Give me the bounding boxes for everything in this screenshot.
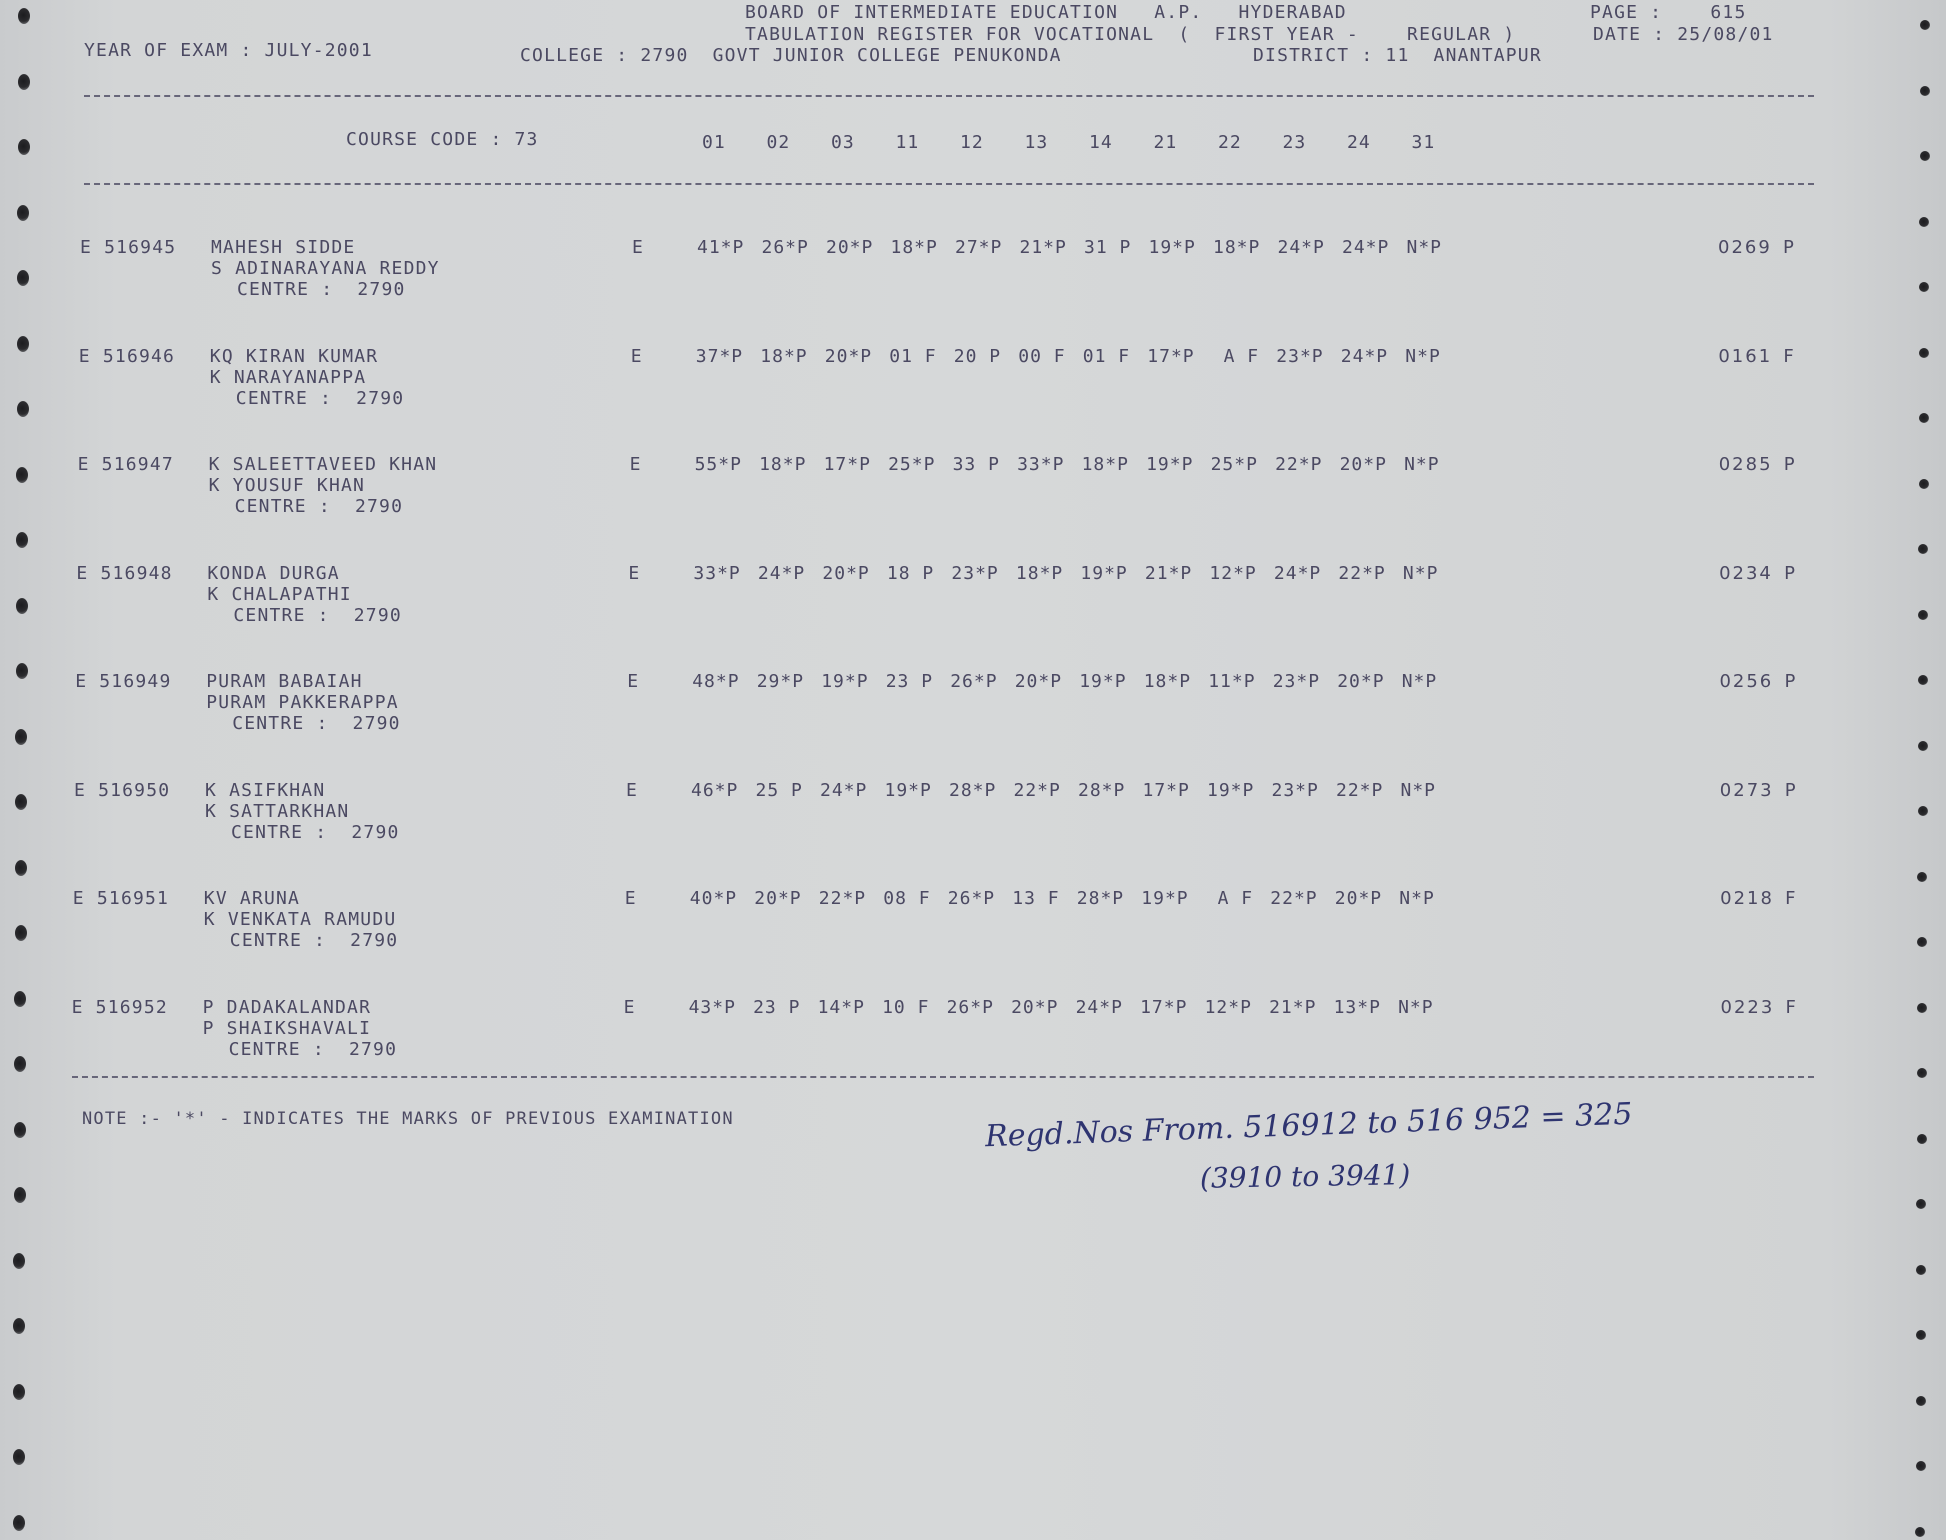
subject-mark: 17*P: [1143, 780, 1208, 801]
father-name: P SHAIKSHAVALI: [203, 1018, 372, 1039]
subject-mark: 23*P: [1273, 671, 1338, 692]
subject-mark: N*P: [1399, 888, 1464, 909]
subject-mark: 19*P: [1146, 454, 1211, 475]
student-record-row: E 516950K ASIFKHANK SATTARKHANCENTRE : 2…: [0, 780, 1946, 890]
registration-number: E 516950: [74, 780, 170, 801]
subject-mark: 24*P: [1278, 237, 1343, 258]
student-name: P DADAKALANDAR: [203, 997, 372, 1018]
subject-mark: 33*P: [1017, 454, 1082, 475]
feed-hole-icon: [1916, 1265, 1926, 1275]
total-marks: 0234: [1719, 563, 1773, 584]
subject-mark: 17*P: [1147, 346, 1212, 367]
subject-marks: 40*P20*P22*P08 F26*P13 F28*P19*P A F22*P…: [690, 888, 1464, 909]
total-marks: 0223: [1721, 997, 1775, 1018]
subject-code: 22: [1218, 132, 1283, 153]
student-record-row: E 516945MAHESH SIDDES ADINARAYANA REDDYC…: [0, 237, 1946, 347]
subject-code: 02: [767, 132, 832, 153]
subject-mark: 24*P: [1341, 346, 1406, 367]
subject-mark: 18 P: [887, 563, 952, 584]
subject-code: 13: [1025, 132, 1090, 153]
footnote: NOTE :- '*' - INDICATES THE MARKS OF PRE…: [82, 1109, 734, 1129]
subject-mark: 20*P: [1340, 454, 1405, 475]
father-name: K SATTARKHAN: [205, 801, 349, 822]
subject-mark: 24*P: [1076, 997, 1141, 1018]
subject-mark: 28*P: [949, 780, 1014, 801]
subject-mark: 48*P: [692, 671, 757, 692]
registration-number: E 516947: [78, 454, 174, 475]
total-marks: 0273: [1720, 780, 1774, 801]
medium: E: [626, 780, 638, 801]
medium: E: [628, 563, 640, 584]
tabulation-register-page: BOARD OF INTERMEDIATE EDUCATION A.P. HYD…: [0, 0, 1946, 1540]
feed-hole-icon: [13, 1515, 25, 1531]
student-record-row: E 516951KV ARUNAK VENKATA RAMUDUCENTRE :…: [0, 888, 1946, 998]
result-status: P: [1783, 237, 1796, 258]
subject-mark: 01 F: [1083, 346, 1148, 367]
feed-hole-icon: [1919, 217, 1929, 227]
subject-mark: 41*P: [697, 237, 762, 258]
subject-mark: A F: [1206, 888, 1271, 909]
subject-mark: 21*P: [1269, 997, 1334, 1018]
subject-mark: 18*P: [759, 454, 824, 475]
student-record-row: E 516949PURAM BABAIAHPURAM PAKKERAPPACEN…: [0, 671, 1946, 781]
subject-mark: 26*P: [948, 888, 1013, 909]
subject-mark: 26*P: [762, 237, 827, 258]
course-divider: [84, 183, 1814, 185]
subject-code: 01: [702, 132, 767, 153]
subject-code: 12: [960, 132, 1025, 153]
feed-hole-icon: [14, 1122, 26, 1138]
subject-mark: 20*P: [1337, 671, 1402, 692]
feed-hole-icon: [1920, 86, 1930, 96]
subject-marks: 55*P18*P17*P25*P33 P33*P18*P19*P25*P22*P…: [695, 454, 1469, 475]
subject-mark: 26*P: [947, 997, 1012, 1018]
subject-mark: 13*P: [1334, 997, 1399, 1018]
subject-mark: 18*P: [1016, 563, 1081, 584]
subject-mark: 13 F: [1012, 888, 1077, 909]
feed-hole-icon: [1916, 1461, 1926, 1471]
student-name: KONDA DURGA: [207, 563, 339, 584]
subject-mark: 17*P: [1140, 997, 1205, 1018]
subject-mark: 10 F: [882, 997, 947, 1018]
feed-hole-icon: [17, 205, 29, 221]
subject-marks: 48*P29*P19*P23 P26*P20*P19*P18*P11*P23*P…: [692, 671, 1466, 692]
subject-marks: 37*P18*P20*P01 F20 P00 F01 F17*P A F23*P…: [696, 346, 1470, 367]
centre-code: CENTRE : 2790: [235, 496, 404, 517]
total-marks: 0161: [1718, 346, 1772, 367]
feed-hole-icon: [13, 1318, 25, 1334]
registration-number: E 516951: [73, 888, 169, 909]
subject-mark: 14*P: [818, 997, 883, 1018]
student-name: KV ARUNA: [204, 888, 300, 909]
student-name: KQ KIRAN KUMAR: [210, 346, 379, 367]
feed-hole-icon: [1915, 1527, 1925, 1537]
subject-mark: 21*P: [1145, 563, 1210, 584]
subject-mark: 11*P: [1208, 671, 1273, 692]
student-record-row: E 516948KONDA DURGAK CHALAPATHICENTRE : …: [0, 563, 1946, 673]
centre-code: CENTRE : 2790: [231, 822, 400, 843]
subject-marks: 46*P25 P24*P19*P28*P22*P28*P17*P19*P23*P…: [691, 780, 1465, 801]
result-status: F: [1783, 346, 1795, 367]
feed-hole-icon: [13, 1253, 25, 1269]
registration-number: E 516949: [75, 671, 171, 692]
centre-code: CENTRE : 2790: [237, 279, 406, 300]
feed-hole-icon: [1920, 151, 1930, 161]
subject-mark: 19*P: [1207, 780, 1272, 801]
subject-mark: 20*P: [1015, 671, 1080, 692]
total-marks: 0256: [1719, 671, 1773, 692]
subject-mark: 21*P: [1020, 237, 1085, 258]
subject-mark: 20*P: [825, 346, 890, 367]
subject-mark: 23*P: [951, 563, 1016, 584]
feed-hole-icon: [1916, 1396, 1926, 1406]
result-status: P: [1784, 671, 1797, 692]
result-status: P: [1784, 563, 1797, 584]
centre-code: CENTRE : 2790: [233, 605, 402, 626]
subject-mark: 12*P: [1209, 563, 1274, 584]
father-name: K VENKATA RAMUDU: [204, 909, 397, 930]
father-name: K CHALAPATHI: [207, 584, 351, 605]
subject-mark: 25*P: [1211, 454, 1276, 475]
father-name: PURAM PAKKERAPPA: [206, 692, 399, 713]
subject-mark: 20 P: [954, 346, 1019, 367]
result-status: F: [1785, 888, 1797, 909]
feed-hole-icon: [13, 1384, 25, 1400]
subject-mark: 20*P: [1335, 888, 1400, 909]
subject-code: 14: [1089, 132, 1154, 153]
footer-divider: [72, 1076, 1814, 1078]
subject-mark: 28*P: [1077, 888, 1142, 909]
student-record-row: E 516947K SALEETTAVEED KHANK YOUSUF KHAN…: [0, 454, 1946, 564]
board-title: BOARD OF INTERMEDIATE EDUCATION A.P. HYD…: [745, 2, 1347, 23]
subject-mark: 22*P: [1275, 454, 1340, 475]
handwritten-serial-range: (3910 to 3941): [1200, 1158, 1411, 1195]
subject-marks: 43*P23 P14*P10 F26*P20*P24*P17*P12*P21*P…: [689, 997, 1463, 1018]
result-status: F: [1786, 997, 1798, 1018]
subject-marks: 33*P24*P20*P18 P23*P18*P19*P21*P12*P24*P…: [693, 563, 1467, 584]
subject-mark: 22*P: [1338, 563, 1403, 584]
subject-code: 21: [1154, 132, 1219, 153]
student-name: PURAM BABAIAH: [206, 671, 362, 692]
subject-code: 23: [1283, 132, 1348, 153]
father-name: K YOUSUF KHAN: [209, 475, 365, 496]
subject-mark: 43*P: [689, 997, 754, 1018]
subject-mark: 55*P: [695, 454, 760, 475]
subject-mark: 23 P: [753, 997, 818, 1018]
subject-mark: 25 P: [756, 780, 821, 801]
subject-mark: 27*P: [955, 237, 1020, 258]
subject-mark: 20*P: [754, 888, 819, 909]
subject-mark: 29*P: [757, 671, 822, 692]
registration-number: E 516946: [79, 346, 175, 367]
register-title: TABULATION REGISTER FOR VOCATIONAL ( FIR…: [745, 24, 1515, 45]
subject-mark: 24*P: [1274, 563, 1339, 584]
total-marks: 0218: [1720, 888, 1774, 909]
feed-hole-icon: [14, 1187, 26, 1203]
subject-mark: 19*P: [1141, 888, 1206, 909]
subject-mark: 22*P: [1270, 888, 1335, 909]
result-status: P: [1784, 454, 1797, 475]
subject-mark: 19*P: [1149, 237, 1214, 258]
subject-mark: N*P: [1403, 563, 1468, 584]
subject-mark: N*P: [1404, 454, 1469, 475]
subject-mark: 33 P: [953, 454, 1018, 475]
subject-mark: 18*P: [1213, 237, 1278, 258]
feed-hole-icon: [1916, 1330, 1926, 1340]
medium: E: [627, 671, 639, 692]
total-marks: 0285: [1719, 454, 1773, 475]
subject-mark: A F: [1212, 346, 1277, 367]
subject-mark: 19*P: [1079, 671, 1144, 692]
subject-mark: 01 F: [889, 346, 954, 367]
subject-code: 11: [896, 132, 961, 153]
subject-mark: 22*P: [819, 888, 884, 909]
subject-mark: 23*P: [1272, 780, 1337, 801]
subject-mark: 23*P: [1276, 346, 1341, 367]
subject-mark: 24*P: [758, 563, 823, 584]
subject-mark: 26*P: [950, 671, 1015, 692]
centre-code: CENTRE : 2790: [232, 713, 401, 734]
father-name: S ADINARAYANA REDDY: [211, 258, 440, 279]
subject-mark: 28*P: [1078, 780, 1143, 801]
subject-code: 24: [1347, 132, 1412, 153]
registration-number: E 516945: [80, 237, 176, 258]
subject-mark: 37*P: [696, 346, 761, 367]
medium: E: [625, 888, 637, 909]
subject-mark: 08 F: [883, 888, 948, 909]
subject-code: 31: [1412, 132, 1477, 153]
subject-mark: 25*P: [888, 454, 953, 475]
subject-mark: 20*P: [826, 237, 891, 258]
feed-hole-icon: [18, 8, 30, 24]
district-info: DISTRICT : 11 ANANTAPUR: [1253, 45, 1542, 66]
student-record-row: E 516946KQ KIRAN KUMARK NARAYANAPPACENTR…: [0, 346, 1946, 456]
header-divider: [84, 95, 1814, 97]
subject-mark: 00 F: [1018, 346, 1083, 367]
subject-mark: N*P: [1398, 997, 1463, 1018]
subject-mark: 22*P: [1336, 780, 1401, 801]
feed-hole-icon: [13, 1449, 25, 1465]
subject-mark: 19*P: [885, 780, 950, 801]
subject-mark: N*P: [1401, 780, 1466, 801]
total-marks: 0269: [1718, 237, 1772, 258]
subject-mark: N*P: [1405, 346, 1470, 367]
student-name: K SALEETTAVEED KHAN: [209, 454, 438, 475]
subject-mark: N*P: [1402, 671, 1467, 692]
subject-mark: 23 P: [886, 671, 951, 692]
feed-hole-icon: [1920, 20, 1930, 30]
subject-mark: 19*P: [1080, 563, 1145, 584]
subject-mark: 19*P: [821, 671, 886, 692]
medium: E: [632, 237, 644, 258]
subject-mark: 20*P: [1011, 997, 1076, 1018]
medium: E: [631, 346, 643, 367]
centre-code: CENTRE : 2790: [229, 1039, 398, 1060]
subject-mark: 31 P: [1084, 237, 1149, 258]
feed-hole-icon: [18, 139, 30, 155]
year-of-exam: YEAR OF EXAM : JULY-2001: [84, 40, 373, 61]
student-name: K ASIFKHAN: [205, 780, 325, 801]
subject-mark: N*P: [1407, 237, 1472, 258]
subject-code: 03: [831, 132, 896, 153]
subject-mark: 12*P: [1205, 997, 1270, 1018]
print-date: DATE : 25/08/01: [1593, 24, 1774, 45]
subject-mark: 18*P: [1144, 671, 1209, 692]
subject-mark: 18*P: [1082, 454, 1147, 475]
subject-mark: 24*P: [1342, 237, 1407, 258]
subject-mark: 18*P: [891, 237, 956, 258]
subject-mark: 33*P: [693, 563, 758, 584]
student-name: MAHESH SIDDE: [211, 237, 355, 258]
subject-code-header: 01 02 03 11 12 13 14 21 22 23 24 31: [702, 132, 1476, 153]
result-status: P: [1785, 780, 1798, 801]
medium: E: [630, 454, 642, 475]
father-name: K NARAYANAPPA: [210, 367, 366, 388]
registration-number: E 516948: [76, 563, 172, 584]
subject-mark: 17*P: [824, 454, 889, 475]
medium: E: [624, 997, 636, 1018]
subject-mark: 40*P: [690, 888, 755, 909]
subject-mark: 46*P: [691, 780, 756, 801]
subject-mark: 20*P: [822, 563, 887, 584]
feed-hole-icon: [18, 74, 30, 90]
centre-code: CENTRE : 2790: [236, 388, 405, 409]
subject-marks: 41*P26*P20*P18*P27*P21*P31 P19*P18*P24*P…: [697, 237, 1471, 258]
subject-mark: 18*P: [760, 346, 825, 367]
page-number: PAGE : 615: [1590, 2, 1746, 23]
course-code: COURSE CODE : 73: [346, 129, 539, 150]
registration-number: E 516952: [72, 997, 168, 1018]
subject-mark: 22*P: [1014, 780, 1079, 801]
subject-mark: 24*P: [820, 780, 885, 801]
student-record-row: E 516952P DADAKALANDARP SHAIKSHAVALICENT…: [0, 997, 1946, 1107]
college-info: COLLEGE : 2790 GOVT JUNIOR COLLEGE PENUK…: [520, 45, 1062, 66]
feed-hole-icon: [1916, 1199, 1926, 1209]
centre-code: CENTRE : 2790: [230, 930, 399, 951]
feed-hole-icon: [1917, 1134, 1927, 1144]
